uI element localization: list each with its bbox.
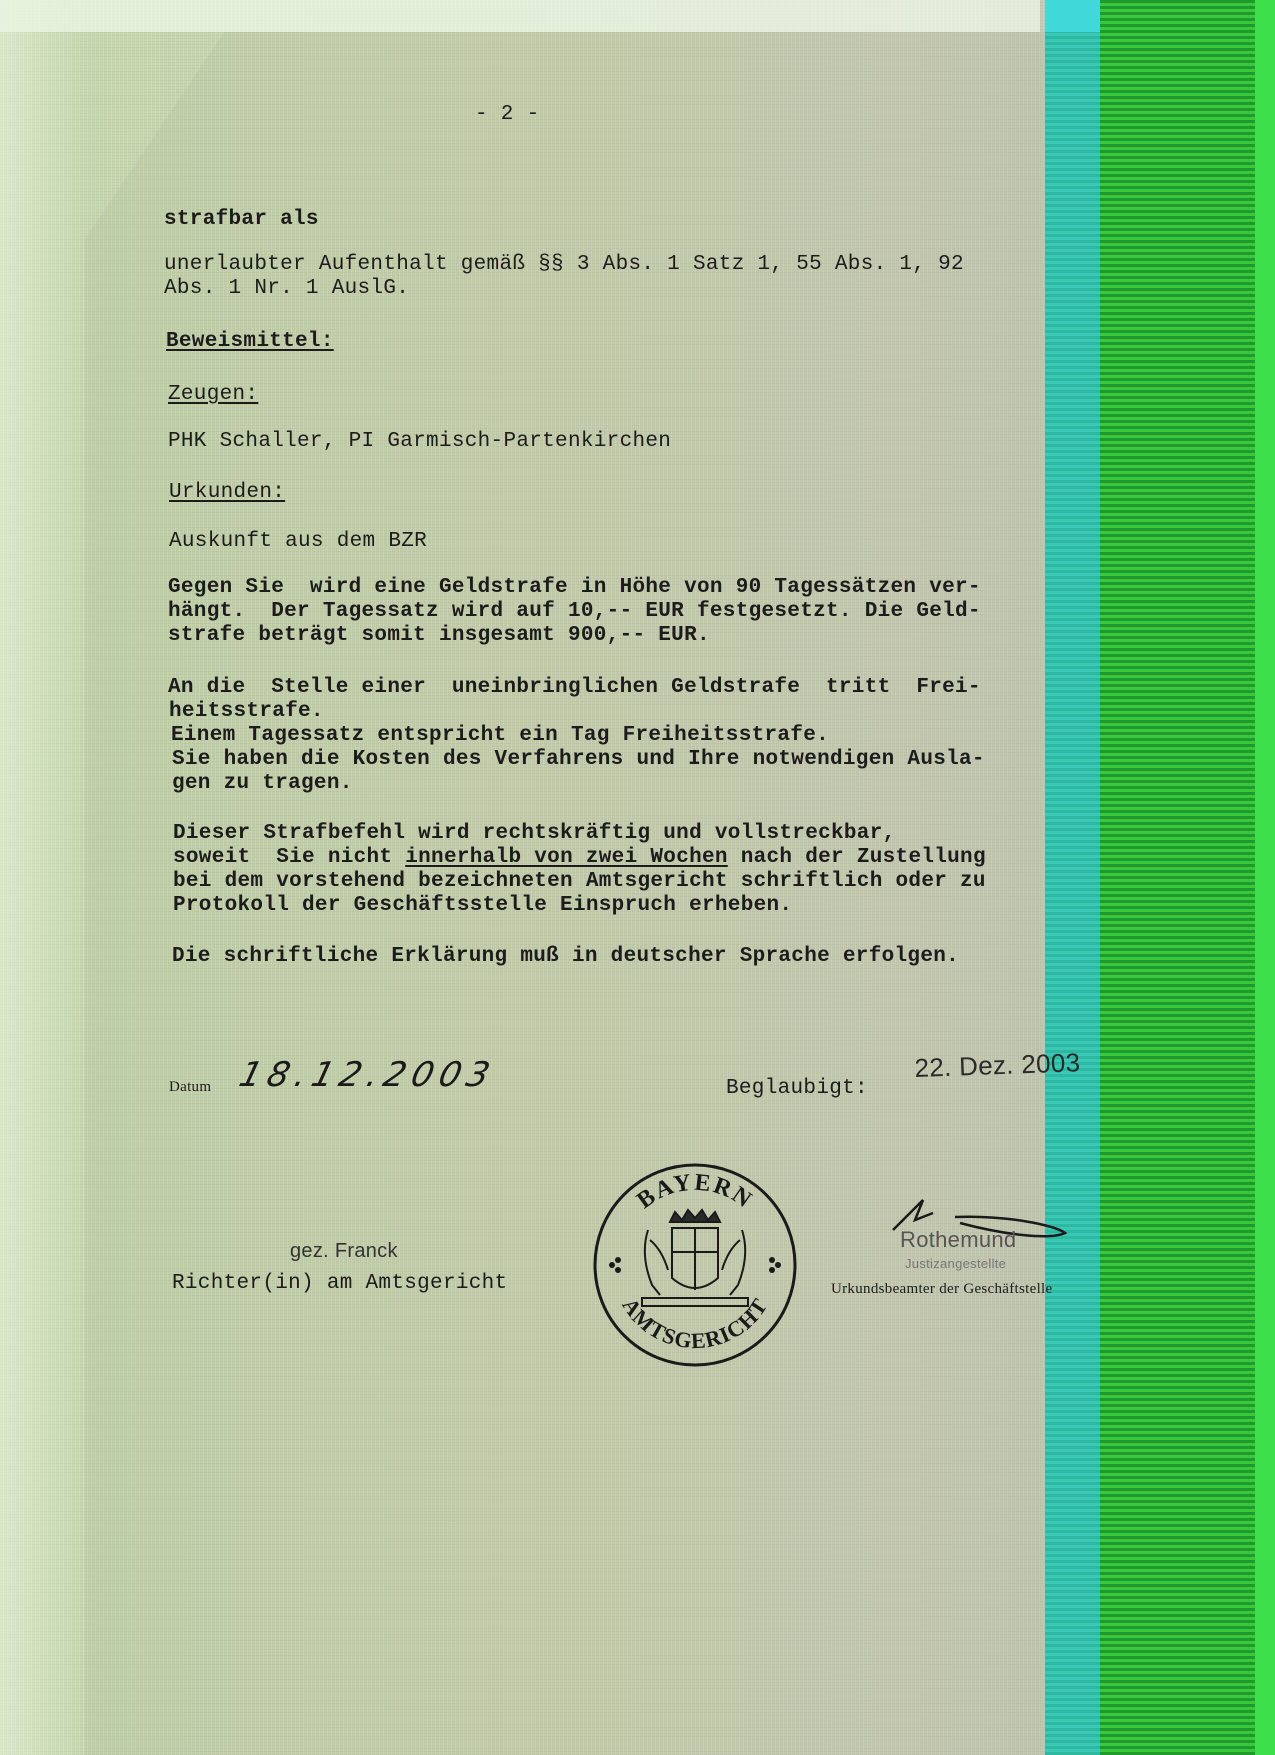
court-seal-icon: BAYERN AMTSGERICHT [590,1160,800,1370]
penalty-line-2: hängt. Der Tagessatz wird auf 10,-- EUR … [168,600,981,623]
certified-label: Beglaubigt: [726,1077,868,1100]
finality-line-2-start: soweit Sie nicht [173,846,405,869]
finality-line-2: soweit Sie nicht innerhalb von zwei Woch… [173,846,986,869]
document-page: - 2 - strafbar als unerlaubter Aufenthal… [0,0,1275,1755]
clerk-title: Urkundsbeamter der Geschäftstelle [831,1278,1052,1301]
finality-line-2-end: nach der Zustellung [728,846,986,869]
document-entry: Auskunft aus dem BZR [169,530,427,553]
finality-line-3: bei dem vorstehend bezeichneten Amtsgeri… [173,870,986,893]
offense-line-2: Abs. 1 Nr. 1 AuslG. [164,277,409,300]
witnesses-heading: Zeugen: [168,383,258,406]
substitute-line-1: An die Stelle einer uneinbringlichen Gel… [168,676,981,699]
finality-line-4: Protokoll der Geschäftsstelle Einspruch … [173,894,792,917]
finality-line-1: Dieser Strafbefehl wird rechtskräftig un… [173,822,896,845]
svg-text:AMTSGERICHT: AMTSGERICHT [617,1293,772,1353]
judge-title: Richter(in) am Amtsgericht [172,1272,507,1295]
certified-date-stamp: 22. Dez. 2003 [914,1051,1080,1080]
clerk-name-stamp: Rothemund [900,1228,1016,1251]
offense-line-1: unerlaubter Aufenthalt gemäß §§ 3 Abs. 1… [164,253,964,276]
deadline-underlined: innerhalb von zwei Wochen [405,846,728,869]
substitute-line-5: gen zu tragen. [172,772,353,795]
charge-heading: strafbar als [164,208,319,231]
judge-signature-line: gez. Franck [290,1240,398,1263]
evidence-heading: Beweismittel: [166,330,334,353]
witness-entry: PHK Schaller, PI Garmisch-Partenkirchen [168,430,671,453]
language-note: Die schriftliche Erklärung muß in deutsc… [172,945,959,968]
seal-bottom-text: AMTSGERICHT [617,1293,772,1353]
penalty-line-1: Gegen Sie wird eine Geldstrafe in Höhe v… [168,576,981,599]
penalty-line-3: strafe beträgt somit insgesamt 900,-- EU… [168,624,710,647]
date-label: Datum [169,1076,211,1099]
substitute-line-2: heitsstrafe. [169,700,324,723]
substitute-line-3: Einem Tagessatz entspricht ein Tag Freih… [171,724,829,747]
clerk-role-stamp: Justizangestellte [905,1252,1006,1275]
page-number: - 2 - [475,103,540,126]
handwritten-date: 18.12.2003 [237,1064,497,1087]
documents-heading: Urkunden: [169,481,285,504]
substitute-line-4: Sie haben die Kosten des Verfahrens und … [172,748,985,771]
